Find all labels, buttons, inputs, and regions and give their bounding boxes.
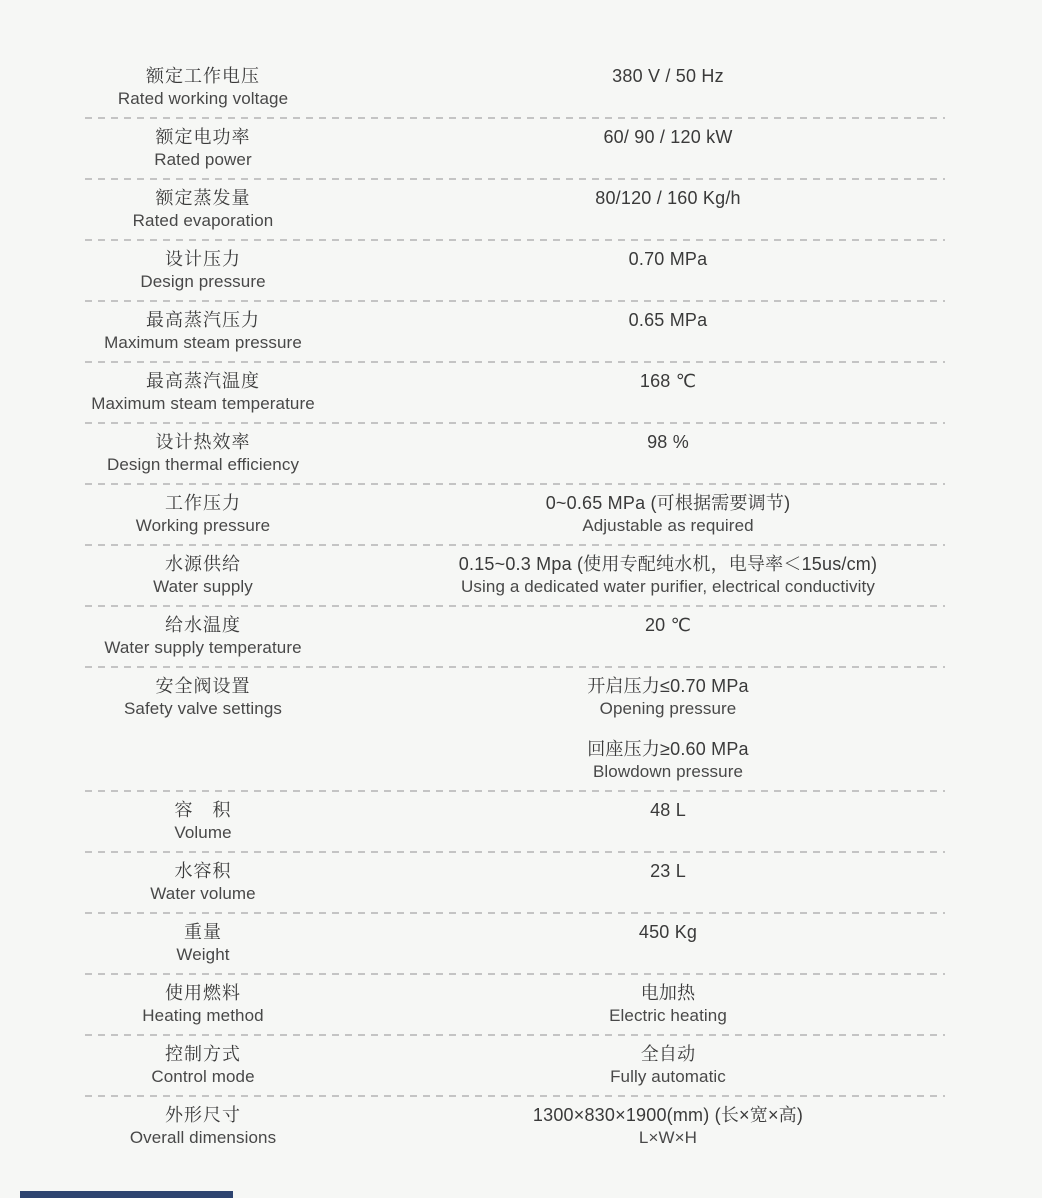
spec-value-group: 1300×830×1900(mm) (长×宽×高)L×W×H (406, 1104, 930, 1149)
spec-value-group: 开启压力≤0.70 MPaOpening pressure (406, 675, 930, 720)
spec-value-primary: 60/ 90 / 120 kW (406, 126, 930, 149)
spec-value-primary: 0~0.65 MPa (可根据需要调节) (406, 492, 930, 515)
spec-value: 0~0.65 MPa (可根据需要调节)Adjustable as requir… (406, 492, 930, 537)
spec-label: 最高蒸汽温度 Maximum steam temperature (0, 370, 406, 415)
spec-row: 水源供给 Water supply 0.15~0.3 Mpa (使用专配纯水机，… (0, 545, 1042, 606)
spec-value-group: 48 L (406, 799, 930, 822)
spec-value: 开启压力≤0.70 MPaOpening pressure回座压力≥0.60 M… (406, 675, 930, 783)
spec-row: 控制方式 Control mode 全自动Fully automatic (0, 1035, 1042, 1096)
spec-value-primary: 0.65 MPa (406, 309, 930, 332)
spec-value: 0.15~0.3 Mpa (使用专配纯水机，电导率＜15us/cm)Using … (406, 553, 930, 598)
spec-row: 重量 Weight 450 Kg (0, 913, 1042, 974)
spec-label: 控制方式 Control mode (0, 1043, 406, 1088)
spec-label-cn: 设计压力 (0, 248, 406, 271)
spec-value-group: 全自动Fully automatic (406, 1043, 930, 1088)
spec-value-group: 80/120 / 160 Kg/h (406, 187, 930, 210)
spec-label-cn: 控制方式 (0, 1043, 406, 1066)
spec-value-primary: 20 ℃ (406, 614, 930, 637)
spec-value: 0.70 MPa (406, 248, 930, 271)
spec-value-primary: 80/120 / 160 Kg/h (406, 187, 930, 210)
spec-label: 设计压力 Design pressure (0, 248, 406, 293)
spec-value-group: 电加热Electric heating (406, 982, 930, 1027)
spec-value: 全自动Fully automatic (406, 1043, 930, 1088)
spec-label-cn: 最高蒸汽压力 (0, 309, 406, 332)
spec-label-cn: 水源供给 (0, 553, 406, 576)
spec-value-primary: 0.70 MPa (406, 248, 930, 271)
spec-label-en: Maximum steam pressure (0, 332, 406, 354)
spec-row: 设计热效率 Design thermal efficiency 98 % (0, 423, 1042, 484)
spec-label: 工作压力 Working pressure (0, 492, 406, 537)
spec-value-primary: 开启压力≤0.70 MPa (406, 675, 930, 698)
spec-value-secondary: Electric heating (406, 1005, 930, 1027)
spec-label: 重量 Weight (0, 921, 406, 966)
spec-label-cn: 安全阀设置 (0, 675, 406, 698)
spec-label-cn: 额定蒸发量 (0, 187, 406, 210)
spec-value-secondary: Fully automatic (406, 1066, 930, 1088)
spec-value: 电加热Electric heating (406, 982, 930, 1027)
spec-value-primary: 48 L (406, 799, 930, 822)
spec-value-primary: 回座压力≥0.60 MPa (406, 738, 930, 761)
spec-value: 0.65 MPa (406, 309, 930, 332)
spec-label-en: Rated working voltage (0, 88, 406, 110)
spec-label: 额定电功率 Rated power (0, 126, 406, 171)
spec-row: 水容积 Water volume 23 L (0, 852, 1042, 913)
spec-value: 98 % (406, 431, 930, 454)
spec-value-group: 60/ 90 / 120 kW (406, 126, 930, 149)
spec-value-primary: 168 ℃ (406, 370, 930, 393)
spec-value-primary: 450 Kg (406, 921, 930, 944)
spec-value-primary: 98 % (406, 431, 930, 454)
spec-value-group: 0.15~0.3 Mpa (使用专配纯水机，电导率＜15us/cm)Using … (406, 553, 930, 598)
spec-row: 额定工作电压 Rated working voltage 380 V / 50 … (0, 57, 1042, 118)
spec-label-en: Control mode (0, 1066, 406, 1088)
spec-value-group: 380 V / 50 Hz (406, 65, 930, 88)
spec-value-group: 98 % (406, 431, 930, 454)
spec-row: 设计压力 Design pressure 0.70 MPa (0, 240, 1042, 301)
spec-value-group: 23 L (406, 860, 930, 883)
spec-label-en: Water supply (0, 576, 406, 598)
spec-value-group: 回座压力≥0.60 MPaBlowdown pressure (406, 738, 930, 783)
spec-label-cn: 设计热效率 (0, 431, 406, 454)
spec-label-cn: 重量 (0, 921, 406, 944)
spec-row: 使用燃料 Heating method 电加热Electric heating (0, 974, 1042, 1035)
spec-value-group: 0.65 MPa (406, 309, 930, 332)
spec-value-secondary: Using a dedicated water purifier, electr… (406, 576, 930, 598)
spec-value: 380 V / 50 Hz (406, 65, 930, 88)
spec-label-en: Rated evaporation (0, 210, 406, 232)
spec-row: 安全阀设置 Safety valve settings 开启压力≤0.70 MP… (0, 667, 1042, 791)
spec-value-primary: 380 V / 50 Hz (406, 65, 930, 88)
spec-value-primary: 1300×830×1900(mm) (长×宽×高) (406, 1104, 930, 1127)
spec-value-group: 168 ℃ (406, 370, 930, 393)
spec-label: 水源供给 Water supply (0, 553, 406, 598)
spec-label: 容 积 Volume (0, 799, 406, 844)
spec-label: 安全阀设置 Safety valve settings (0, 675, 406, 720)
spec-value-secondary: L×W×H (406, 1127, 930, 1149)
bottom-accent-bar (20, 1191, 233, 1198)
spec-row: 容 积 Volume 48 L (0, 791, 1042, 852)
spec-value: 168 ℃ (406, 370, 930, 393)
spec-label-cn: 工作压力 (0, 492, 406, 515)
spec-label-cn: 给水温度 (0, 614, 406, 637)
spec-label-cn: 水容积 (0, 860, 406, 883)
spec-label-en: Weight (0, 944, 406, 966)
spec-row: 最高蒸汽压力 Maximum steam pressure 0.65 MPa (0, 301, 1042, 362)
spec-value-primary: 0.15~0.3 Mpa (使用专配纯水机，电导率＜15us/cm) (406, 553, 930, 576)
spec-label-en: Water volume (0, 883, 406, 905)
spec-value: 450 Kg (406, 921, 930, 944)
spec-value: 1300×830×1900(mm) (长×宽×高)L×W×H (406, 1104, 930, 1149)
spec-label: 最高蒸汽压力 Maximum steam pressure (0, 309, 406, 354)
spec-sheet-page: 额定工作电压 Rated working voltage 380 V / 50 … (0, 0, 1042, 1198)
spec-label-en: Design pressure (0, 271, 406, 293)
spec-label-en: Heating method (0, 1005, 406, 1027)
spec-value-group: 0.70 MPa (406, 248, 930, 271)
spec-value-secondary: Blowdown pressure (406, 761, 930, 783)
spec-label: 额定蒸发量 Rated evaporation (0, 187, 406, 232)
spec-label-en: Design thermal efficiency (0, 454, 406, 476)
spec-row: 外形尺寸 Overall dimensions 1300×830×1900(mm… (0, 1096, 1042, 1157)
spec-label-cn: 容 积 (0, 799, 406, 822)
spec-label-cn: 额定电功率 (0, 126, 406, 149)
spec-row: 工作压力 Working pressure 0~0.65 MPa (可根据需要调… (0, 484, 1042, 545)
spec-label-en: Overall dimensions (0, 1127, 406, 1149)
spec-row: 额定蒸发量 Rated evaporation 80/120 / 160 Kg/… (0, 179, 1042, 240)
spec-value: 20 ℃ (406, 614, 930, 637)
spec-label-en: Maximum steam temperature (0, 393, 406, 415)
spec-row: 额定电功率 Rated power 60/ 90 / 120 kW (0, 118, 1042, 179)
spec-value-group: 0~0.65 MPa (可根据需要调节)Adjustable as requir… (406, 492, 930, 537)
spec-label: 水容积 Water volume (0, 860, 406, 905)
spec-value-group: 20 ℃ (406, 614, 930, 637)
spec-value-group: 450 Kg (406, 921, 930, 944)
spec-value: 48 L (406, 799, 930, 822)
spec-label-en: Volume (0, 822, 406, 844)
spec-label-en: Water supply temperature (0, 637, 406, 659)
spec-value-secondary: Adjustable as required (406, 515, 930, 537)
spec-label-en: Safety valve settings (0, 698, 406, 720)
spec-label: 设计热效率 Design thermal efficiency (0, 431, 406, 476)
spec-value: 60/ 90 / 120 kW (406, 126, 930, 149)
spec-value-secondary: Opening pressure (406, 698, 930, 720)
spec-label-cn: 外形尺寸 (0, 1104, 406, 1127)
spec-row: 给水温度 Water supply temperature 20 ℃ (0, 606, 1042, 667)
spec-label-cn: 最高蒸汽温度 (0, 370, 406, 393)
spec-value-primary: 全自动 (406, 1043, 930, 1066)
spec-table: 额定工作电压 Rated working voltage 380 V / 50 … (0, 0, 1042, 1157)
spec-value: 23 L (406, 860, 930, 883)
spec-label-cn: 额定工作电压 (0, 65, 406, 88)
spec-label: 使用燃料 Heating method (0, 982, 406, 1027)
spec-value-primary: 23 L (406, 860, 930, 883)
spec-label: 给水温度 Water supply temperature (0, 614, 406, 659)
spec-label-en: Working pressure (0, 515, 406, 537)
spec-label: 外形尺寸 Overall dimensions (0, 1104, 406, 1149)
spec-value-primary: 电加热 (406, 982, 930, 1005)
spec-label-en: Rated power (0, 149, 406, 171)
spec-row: 最高蒸汽温度 Maximum steam temperature 168 ℃ (0, 362, 1042, 423)
spec-label-cn: 使用燃料 (0, 982, 406, 1005)
spec-label: 额定工作电压 Rated working voltage (0, 65, 406, 110)
spec-value: 80/120 / 160 Kg/h (406, 187, 930, 210)
